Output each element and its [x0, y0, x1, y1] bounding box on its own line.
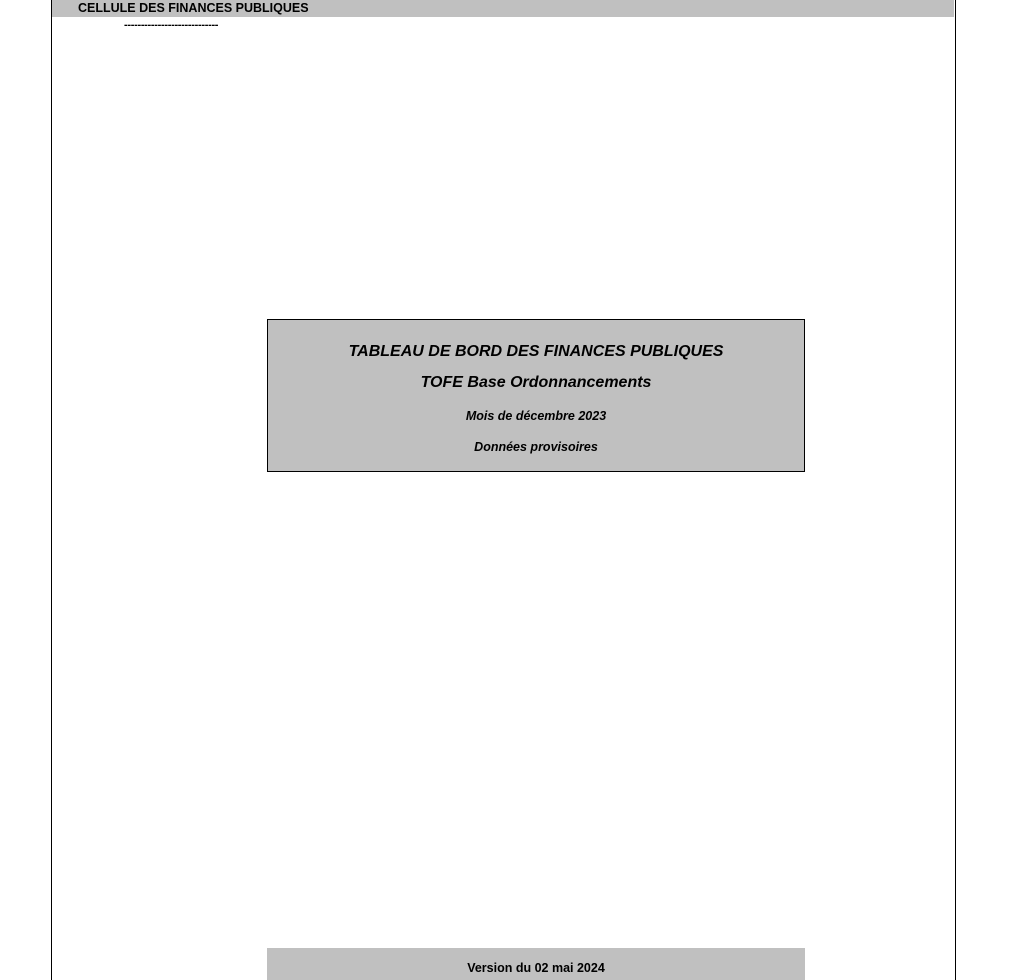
organization-name: CELLULE DES FINANCES PUBLIQUES: [78, 1, 309, 15]
version-band: Version du 02 mai 2024: [267, 948, 805, 980]
reporting-period: Mois de décembre 2023: [268, 409, 804, 423]
header-separator: ----------------------------: [124, 19, 218, 31]
document-subtitle: TOFE Base Ordonnancements: [268, 374, 804, 392]
document-page: [51, 0, 956, 980]
cover-title-box: TABLEAU DE BORD DES FINANCES PUBLIQUES T…: [267, 319, 805, 472]
version-label: Version du 02 mai 2024: [267, 961, 805, 975]
document-title: TABLEAU DE BORD DES FINANCES PUBLIQUES: [268, 343, 804, 361]
data-status: Données provisoires: [268, 440, 804, 454]
